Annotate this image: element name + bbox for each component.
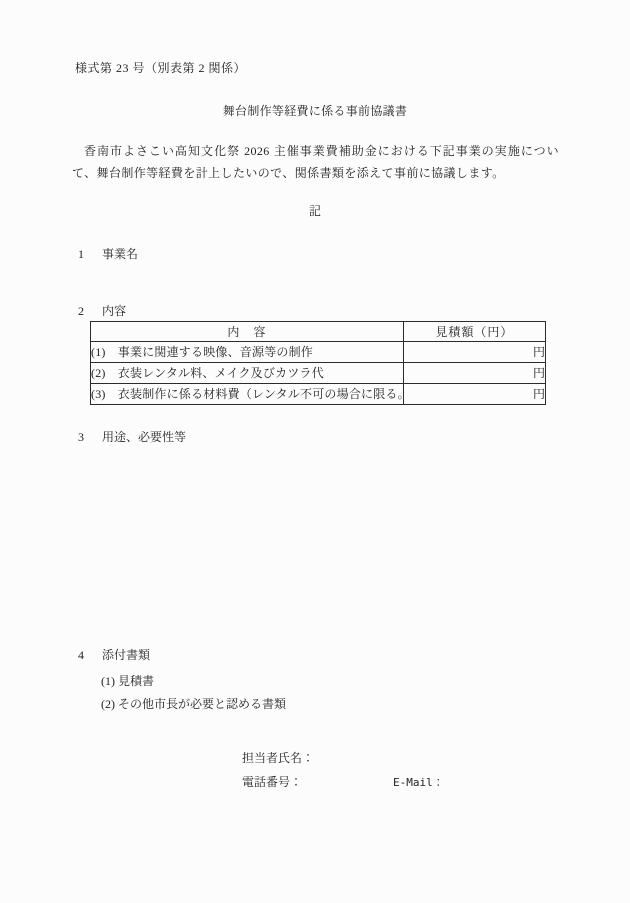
section-label: 用途、必要性等 bbox=[102, 430, 186, 444]
item-cell: (2) 衣装レンタル料、メイク及びカツラ代 bbox=[91, 363, 404, 384]
form-number: 様式第 23 号（別表第 2 関係） bbox=[75, 61, 246, 75]
table-row: (3) 衣装制作に係る材料費（レンタル不可の場合に限る。） 円 bbox=[91, 384, 546, 405]
table-row: (1) 事業に関連する映像、音源等の制作 円 bbox=[91, 342, 546, 363]
section-label: 事業名 bbox=[102, 247, 138, 261]
estimate-table: 内 容 見積額（円） (1) 事業に関連する映像、音源等の制作 円 (2) 衣装… bbox=[90, 321, 546, 405]
contact-person-label: 担当者氏名： bbox=[242, 751, 314, 765]
ki-marker: 記 bbox=[0, 204, 630, 218]
amount-cell: 円 bbox=[403, 363, 545, 384]
attachment-list: (1) 見積書 (2) その他市長が必要と認める書類 bbox=[101, 670, 286, 716]
document-page: 様式第 23 号（別表第 2 関係） 舞台制作等経費に係る事前協議書 香南市よさ… bbox=[0, 0, 630, 903]
section-number: 3 bbox=[78, 430, 102, 444]
section-number: 4 bbox=[78, 648, 102, 662]
section-label: 添付書類 bbox=[102, 648, 150, 662]
contact-block: 担当者氏名： 電話番号：E-Mail： bbox=[242, 747, 444, 794]
item-cell: (3) 衣装制作に係る材料費（レンタル不可の場合に限る。） bbox=[91, 384, 404, 405]
section-attachments: 4添付書類 bbox=[78, 648, 150, 662]
section-number: 1 bbox=[78, 247, 102, 261]
document-title: 舞台制作等経費に係る事前協議書 bbox=[0, 104, 630, 118]
section-contents: 2内容 bbox=[78, 304, 126, 318]
contact-phone-row: 電話番号：E-Mail： bbox=[242, 771, 444, 795]
header-item: 内 容 bbox=[91, 322, 404, 342]
table-header-row: 内 容 見積額（円） bbox=[91, 322, 546, 342]
amount-cell: 円 bbox=[403, 342, 545, 363]
table-row: (2) 衣装レンタル料、メイク及びカツラ代 円 bbox=[91, 363, 546, 384]
contact-phone-label: 電話番号： bbox=[242, 771, 393, 795]
section-number: 2 bbox=[78, 304, 102, 318]
header-amount: 見積額（円） bbox=[403, 322, 545, 342]
section-purpose: 3用途、必要性等 bbox=[78, 430, 186, 444]
section-label: 内容 bbox=[102, 304, 126, 318]
contact-person-row: 担当者氏名： bbox=[242, 747, 444, 771]
attachment-item: (1) 見積書 bbox=[101, 670, 286, 693]
amount-cell: 円 bbox=[403, 384, 545, 405]
intro-paragraph: 香南市よさこい高知文化祭 2026 主催事業費補助金における下記事業の実施につい… bbox=[72, 140, 559, 184]
contact-email-label: E-Mail： bbox=[393, 776, 444, 789]
section-business-name: 1事業名 bbox=[78, 247, 138, 261]
attachment-item: (2) その他市長が必要と認める書類 bbox=[101, 693, 286, 716]
item-cell: (1) 事業に関連する映像、音源等の制作 bbox=[91, 342, 404, 363]
